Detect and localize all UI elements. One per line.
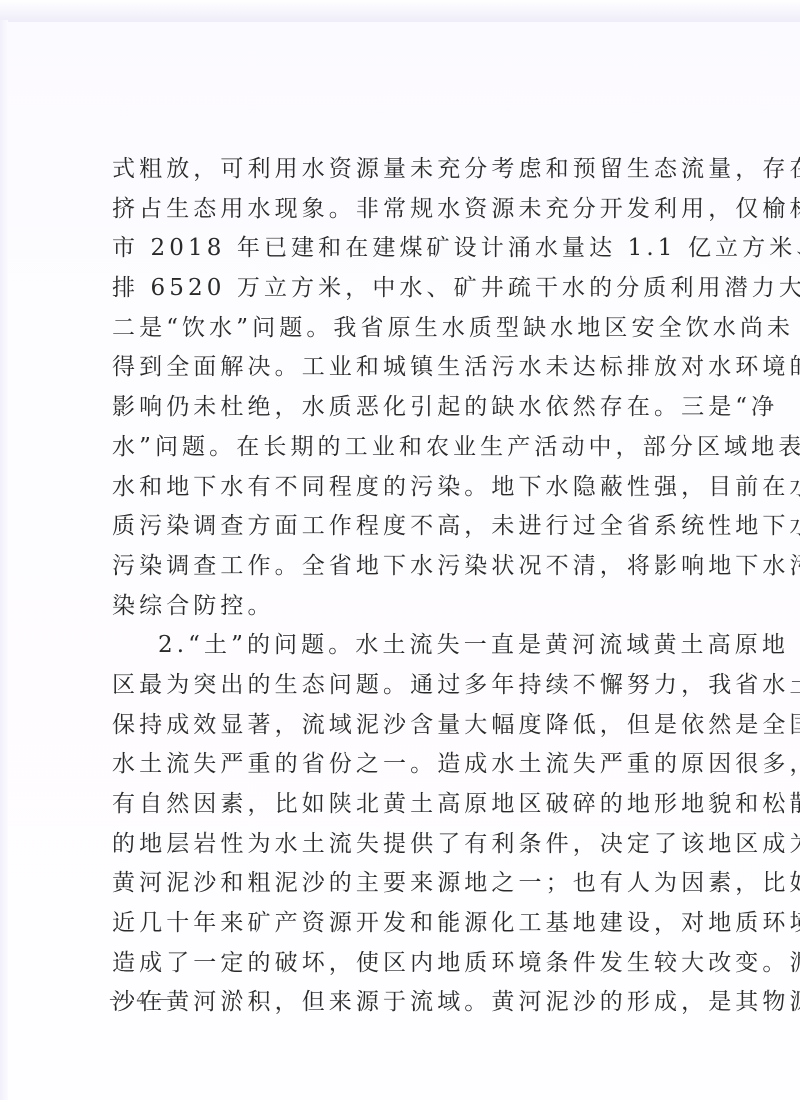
paragraph-soil-issues: 2.“土”的问题。水土流失一直是黄河流域黄土高原地 区最为突出的生态问题。通过多… — [112, 626, 692, 1023]
text-line: 沙在黄河淤积，但来源于流域。黄河泥沙的形成，是其物源 — [112, 983, 692, 1023]
scan-edge-top — [0, 0, 800, 22]
text-line: 影响仍未杜绝，水质恶化引起的缺水依然存在。三是“净 — [112, 388, 692, 428]
paragraph-water-issues: 式粗放，可利用水资源量未充分考虑和预留生态流量，存在 挤占生态用水现象。非常规水… — [112, 150, 692, 626]
text-line: 黄河泥沙和粗泥沙的主要来源地之一；也有人为因素，比如 — [112, 864, 692, 904]
scan-edge-left — [0, 20, 8, 1100]
text-line: 的地层岩性为水土流失提供了有利条件，决定了该地区成为 — [112, 825, 692, 865]
text-line: 得到全面解决。工业和城镇生活污水未达标排放对水环境的 — [112, 348, 692, 388]
text-line: 染综合防控。 — [112, 587, 692, 627]
text-line: 式粗放，可利用水资源量未充分考虑和预留生态流量，存在 — [112, 150, 692, 190]
text-line: 质污染调查方面工作程度不高，未进行过全省系统性地下水 — [112, 507, 692, 547]
text-line: 二是“饮水”问题。我省原生水质型缺水地区安全饮水尚未 — [112, 309, 692, 349]
text-line: 排 6520 万立方米，中水、矿井疏干水的分质利用潜力大。 — [112, 269, 692, 309]
text-line: 近几十年来矿产资源开发和能源化工基地建设，对地质环境 — [112, 904, 692, 944]
text-line: 有自然因素，比如陕北黄土高原地区破碎的地形地貌和松散 — [112, 785, 692, 825]
text-line: 水”问题。在长期的工业和农业生产活动中，部分区域地表 — [112, 428, 692, 468]
paragraph-heading-line: 2.“土”的问题。水土流失一直是黄河流域黄土高原地 — [112, 626, 692, 666]
text-line: 保持成效显著，流域泥沙含量大幅度降低，但是依然是全国 — [112, 706, 692, 746]
text-line: 挤占生态用水现象。非常规水资源未充分开发利用，仅榆林 — [112, 190, 692, 230]
text-line: 污染调查工作。全省地下水污染状况不清，将影响地下水污 — [112, 547, 692, 587]
page-number: — 4 — — [110, 988, 174, 1009]
text-line: 造成了一定的破坏，使区内地质环境条件发生较大改变。泥 — [112, 944, 692, 984]
document-page: 式粗放，可利用水资源量未充分考虑和预留生态流量，存在 挤占生态用水现象。非常规水… — [0, 0, 800, 1100]
text-line: 市 2018 年已建和在建煤矿设计涌水量达 1.1 亿立方米、外 — [112, 229, 692, 269]
text-line: 区最为突出的生态问题。通过多年持续不懈努力，我省水土 — [112, 666, 692, 706]
text-line: 水土流失严重的省份之一。造成水土流失严重的原因很多， — [112, 745, 692, 785]
text-line: 水和地下水有不同程度的污染。地下水隐蔽性强，目前在水 — [112, 468, 692, 508]
document-body: 式粗放，可利用水资源量未充分考虑和预留生态流量，存在 挤占生态用水现象。非常规水… — [112, 150, 692, 1023]
